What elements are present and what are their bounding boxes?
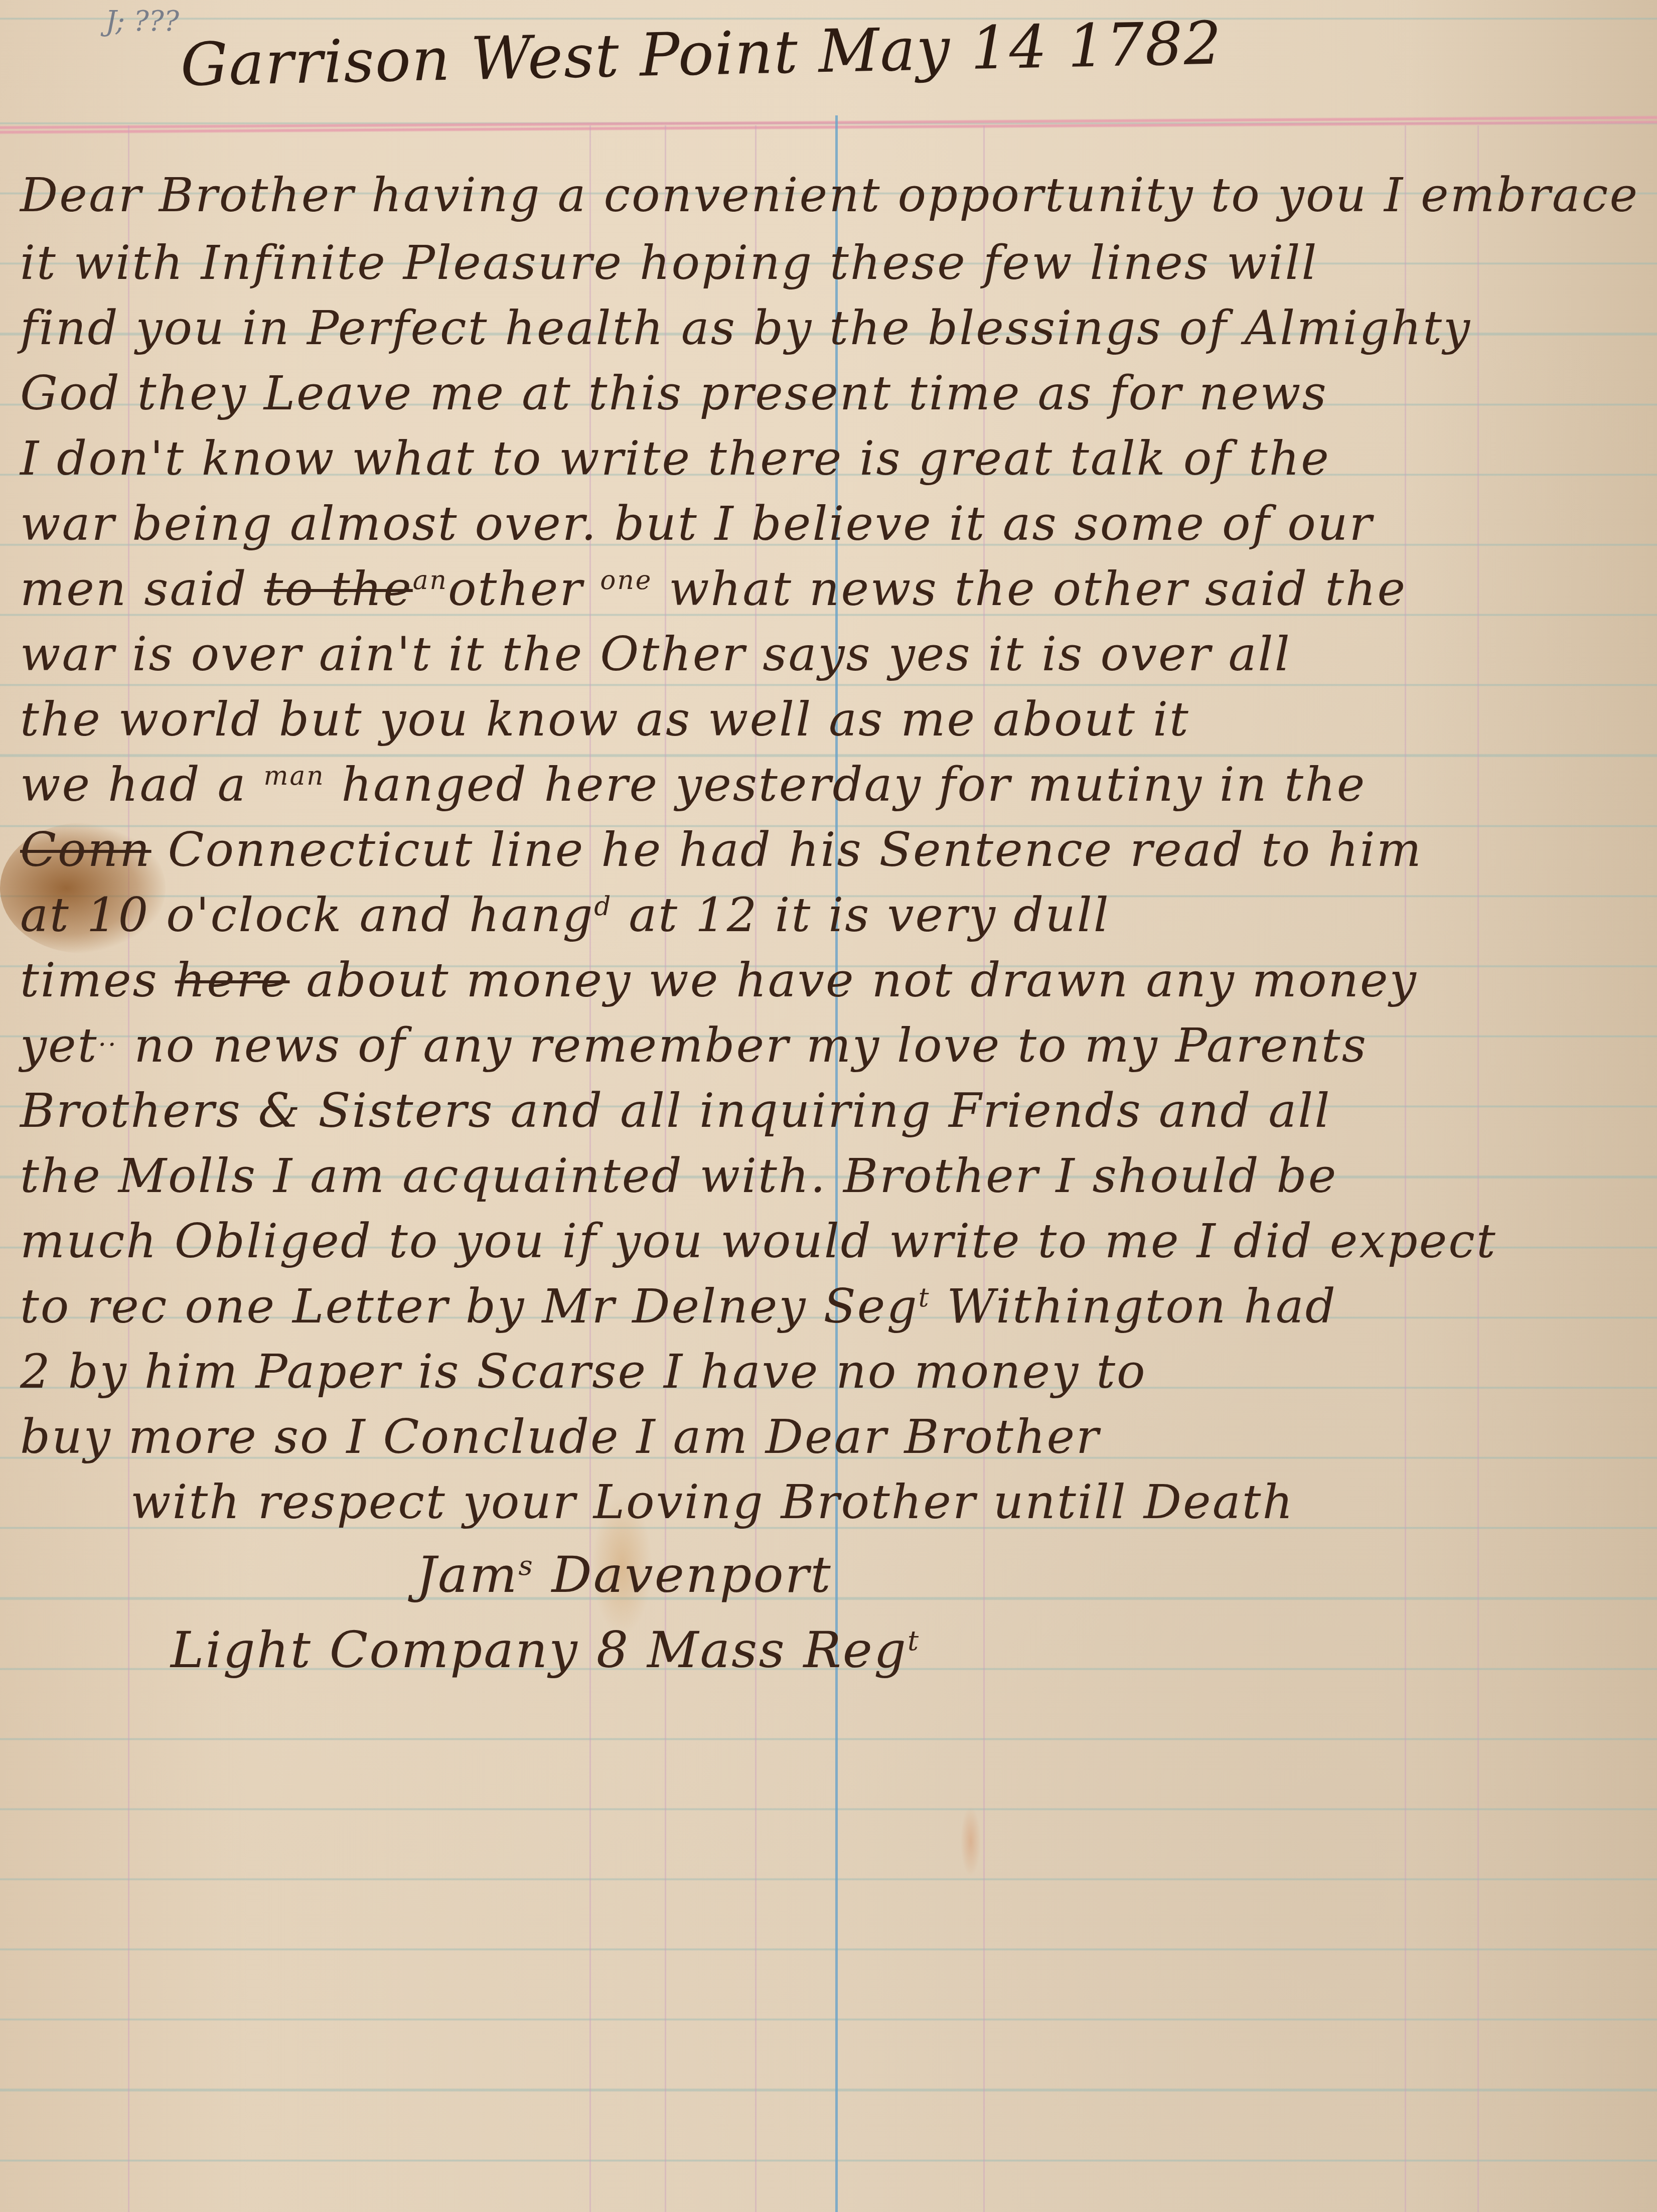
text-segment: Withington had	[930, 1279, 1337, 1334]
signature-last: Davenport	[552, 1545, 832, 1604]
text-segment: at 10 o'clock and hang	[20, 888, 594, 943]
letter-heading: Garrison West Point May 14 1782	[180, 9, 1223, 99]
text-segment: to rec one Letter by Mr Delney Seg	[20, 1279, 919, 1334]
letter-line-with-strike: times here about money we have not drawn…	[20, 953, 1418, 1008]
letter-page: J; ??? Garrison West Point May 14 1782 D…	[0, 0, 1657, 2212]
superscript: d	[594, 892, 612, 922]
closing-line: with respect your Loving Brother untill …	[130, 1475, 1294, 1530]
letter-line-with-strike: Conn Connecticut line he had his Sentenc…	[20, 823, 1423, 877]
letter-line: war being almost over. but I believe it …	[20, 497, 1373, 551]
text-segment: no news of any remember my love to my Pa…	[117, 1018, 1368, 1073]
letter-line: Dear Brother having a convenient opportu…	[20, 168, 1639, 223]
letter-line-with-insertion: we had a man hanged here yesterday for m…	[20, 758, 1366, 812]
letter-line: war is over ain't it the Other says yes …	[20, 627, 1291, 682]
superscript: ..	[98, 1022, 118, 1052]
superscript: t	[919, 1283, 931, 1313]
letter-line: it with Infinite Pleasure hoping these f…	[20, 236, 1318, 290]
letter-line: at 10 o'clock and hangd at 12 it is very…	[20, 888, 1110, 943]
superscript: s	[519, 1549, 534, 1581]
signature-name: Jams Davenport	[416, 1545, 832, 1604]
text-segment: yet	[20, 1018, 98, 1073]
struck-text: to the	[264, 562, 413, 617]
letter-line: much Obliged to you if you would write t…	[20, 1214, 1497, 1269]
inserted-text: man	[264, 761, 325, 791]
letter-line: 2 by him Paper is Scarse I have no money…	[20, 1345, 1147, 1399]
letter-line: find you in Perfect health as by the ble…	[20, 301, 1471, 356]
text-segment: Connecticut line he had his Sentence rea…	[152, 823, 1423, 877]
marginal-note: J; ???	[105, 5, 179, 38]
letter-line: buy more so I Conclude I am Dear Brother	[20, 1410, 1100, 1464]
letter-line: yet.. no news of any remember my love to…	[20, 1018, 1368, 1073]
struck-text: Conn	[20, 823, 152, 877]
inserted-text: an	[413, 565, 448, 596]
text-segment: we had a	[20, 758, 264, 812]
text-segment: at 12 it is very dull	[612, 888, 1110, 943]
handwriting: J; ??? Garrison West Point May 14 1782 D…	[0, 0, 1657, 2212]
letter-line: I don't know what to write there is grea…	[20, 431, 1330, 486]
signature-first: Jam	[416, 1545, 519, 1604]
letter-line: the Molls I am acquainted with. Brother …	[20, 1149, 1337, 1204]
struck-text: here	[175, 953, 290, 1008]
unit-text: Light Company 8 Mass Reg	[171, 1620, 908, 1679]
text-segment: what news the other said the	[652, 562, 1407, 617]
inserted-text: one	[600, 565, 652, 596]
letter-line-with-corrections: men said to theanother one what news the…	[20, 562, 1407, 617]
text-segment: times	[20, 953, 175, 1008]
text-segment: other	[448, 562, 600, 617]
signature-unit: Light Company 8 Mass Regt	[171, 1620, 920, 1679]
letter-line: Brothers & Sisters and all inquiring Fri…	[20, 1084, 1331, 1138]
text-segment: about money we have not drawn any money	[289, 953, 1417, 1008]
letter-line: the world but you know as well as me abo…	[20, 692, 1190, 747]
superscript: t	[908, 1625, 920, 1657]
letter-line: God they Leave me at this present time a…	[20, 366, 1328, 421]
letter-line: to rec one Letter by Mr Delney Segt With…	[20, 1279, 1337, 1334]
text-segment: hanged here yesterday for mutiny in the	[325, 758, 1367, 812]
text-segment: men said	[20, 562, 264, 617]
